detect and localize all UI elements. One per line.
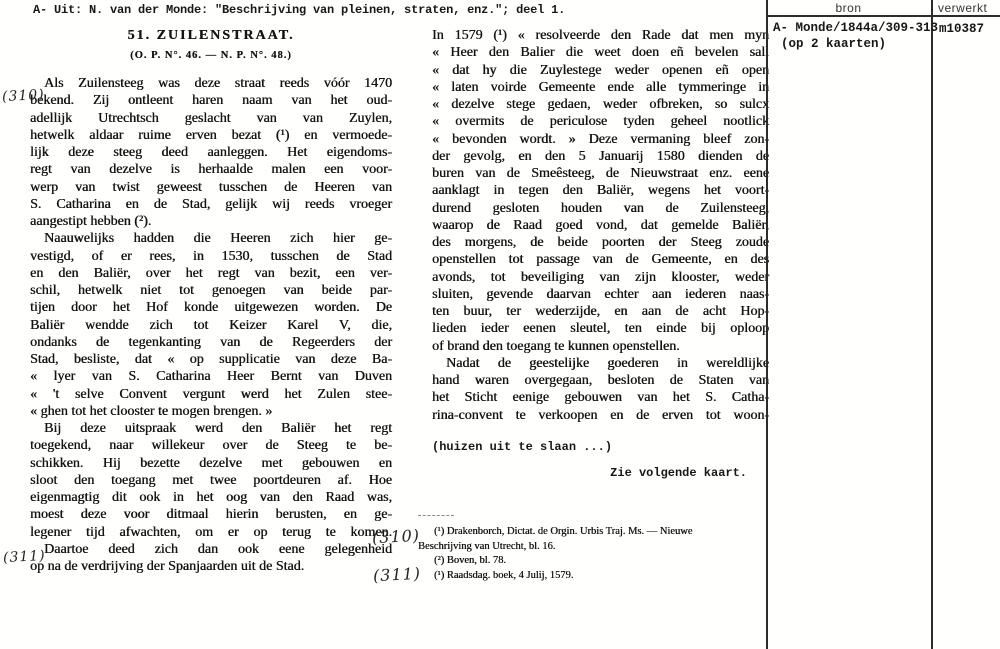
text-line: Bij deze uitspraak werd den Baliër het r… [30, 420, 392, 437]
bron-cards-note: (op 2 kaarten) [781, 37, 886, 51]
text-line: Nadat de geestelijke goederen in wereldl… [432, 355, 769, 372]
text-line: « dezelve stege gedaen, weder ofbreken, … [432, 96, 769, 113]
text-line: Stad, besliste, dat « op supplicatie van… [30, 351, 392, 368]
text-line: Beschrijving van Utrecht, bl. 16. [418, 540, 770, 555]
scanned-document-page: A- Uit: N. van der Monde: "Beschrijving … [0, 0, 1000, 649]
text-line: « lyer van S. Catharina Heer Bernt van D… [30, 368, 392, 385]
text-line: adellijk Utrechtsch geslacht van van Zuy… [30, 110, 392, 127]
see-next-card-note: Zie volgende kaart. [432, 466, 769, 480]
left-text-column: 51. ZUILENSTRAAT. (O. P. N°. 46. — N. P.… [30, 28, 392, 575]
text-line: ondanks de tegenkanting van de Regeerder… [30, 334, 392, 351]
text-line: of brand den toegang te kunnen openstell… [432, 338, 769, 355]
index-table-header-rule [766, 15, 1000, 17]
text-line: moest deze voor ditmaal hierin berusten,… [30, 506, 392, 523]
margin-annotation-page-311: (311) [3, 548, 46, 566]
footnote-annotation-311: (311) [373, 564, 422, 585]
column-header-bron: bron [766, 1, 931, 15]
text-line: hand waren overgegaan, besloten de State… [432, 372, 769, 389]
footnote-annotation-310: (310) [372, 526, 421, 547]
text-line: « Heer den Balier die weet doen eñ bevel… [432, 44, 769, 61]
text-line: eigenmagtig dit ook in het oog van den R… [30, 489, 392, 506]
left-column-text: Als Zuilensteeg was deze straat reeds vó… [30, 75, 392, 575]
text-line: sloot den toegang met twee poortdeuren a… [30, 472, 392, 489]
index-table-column-rule [931, 0, 933, 649]
text-line: durend gesloten houden van de Zuilenstee… [432, 200, 769, 217]
text-line: S. Catharina en de Stad, gelijk wij reed… [30, 196, 392, 213]
footnote-text: (¹) Drakenborch, Dictat. de Orgin. Urbis… [418, 525, 770, 583]
footnote-separator-rule [418, 515, 454, 516]
text-line: rina-convent te verkoopen en de erven to… [432, 407, 769, 424]
text-line: toegekend, naar willekeur over de Steeg … [30, 437, 392, 454]
text-line: tijen door het Hof konde uitgewezen word… [30, 299, 392, 316]
text-line: « laten voirde Gemeente ende alle tymmer… [432, 79, 769, 96]
text-line: der gevolg, en den 5 Januarij 1580 diend… [432, 148, 769, 165]
index-table-left-rule [766, 0, 768, 649]
text-line: In 1579 (¹) « resolveerde den Rade dat m… [432, 27, 769, 44]
text-line: regt van dezelve is herhaalde malen een … [30, 161, 392, 178]
text-line: bekend. Zij ontleent haren naam van het … [30, 92, 392, 109]
text-line: op na de verdrijving der Spanjaarden uit… [30, 558, 392, 575]
text-line: « 't selve Convent vergunt werd het Zule… [30, 386, 392, 403]
article-subtitle: (O. P. N°. 46. — N. P. N°. 48.) [30, 50, 392, 61]
text-line: lijk deze steeg deed aanleggen. Het eige… [30, 144, 392, 161]
text-line: schil, hetwelk niet tot genoegen van bei… [30, 282, 392, 299]
text-line: werp van twist geweest tusschen de Heere… [30, 179, 392, 196]
text-line: hetwelk aldaar ruime erven bezat (¹) en … [30, 127, 392, 144]
text-line: des morgens, de beide poorten der Steeg … [432, 234, 769, 251]
text-line: (¹) Drakenborch, Dictat. de Orgin. Urbis… [418, 525, 770, 540]
right-text-column: In 1579 (¹) « resolveerde den Rade dat m… [432, 27, 769, 480]
text-line: « bevonden wordt. » Deze vermaning bleef… [432, 131, 769, 148]
text-line: waarop de Raad goed vond, dat gemelde Ba… [432, 217, 769, 234]
bron-source-reference: A- Monde/1844a/309-313 [773, 21, 938, 35]
text-line: aanklagt in tegen den Baliër, wegens het… [432, 182, 769, 199]
text-line: buren van de Smeêsteeg, de Nieuwstraat e… [432, 165, 769, 182]
right-column-text: In 1579 (¹) « resolveerde den Rade dat m… [432, 27, 769, 424]
footnotes-block: (¹) Drakenborch, Dictat. de Orgin. Urbis… [418, 515, 770, 583]
verwerkt-card-id: m10387 [939, 22, 984, 36]
text-line: (²) Boven, bl. 78. [418, 554, 770, 569]
article-title: 51. ZUILENSTRAAT. [30, 28, 392, 44]
text-line: « dat hy die Zuylestege weder openen eñ … [432, 62, 769, 79]
text-line: schikken. Hij bezette dezelve met gebouw… [30, 455, 392, 472]
text-line: « overmits de periculose tyden geheel no… [432, 113, 769, 130]
text-line: « ghen tot het clooster te mogen brengen… [30, 403, 392, 420]
text-line: openstellen tot passage van de Gemeente,… [432, 251, 769, 268]
text-line: (¹) Raadsdag. boek, 4 Julij, 1579. [418, 569, 770, 584]
text-line: ten buur, ter wederzijde, en aan de acht… [432, 303, 769, 320]
text-line: sluiten, gevende daarvan echter aan iede… [432, 286, 769, 303]
text-line: Baliër wendde zich tot Keizer Karel V, d… [30, 317, 392, 334]
text-line: Daartoe deed zich dan ook eene gelegenhe… [30, 541, 392, 558]
text-line: Naauwelijks hadden die Heeren zich hier … [30, 230, 392, 247]
text-line: avonds, tot beveiliging van zijn klooste… [432, 269, 769, 286]
text-line: legener tijd afwachten, om er op terug t… [30, 524, 392, 541]
text-line: Als Zuilensteeg was deze straat reeds vó… [30, 75, 392, 92]
text-line: het Sticht eenige gebouwen van het S. Ca… [432, 389, 769, 406]
text-line: en den Baliër, over het regt van bezit, … [30, 265, 392, 282]
text-line: aangestipt hebben (²). [30, 213, 392, 230]
text-line: vestigd, of er rees, in 1530, tusschen d… [30, 248, 392, 265]
source-citation-header: A- Uit: N. van der Monde: "Beschrijving … [33, 3, 673, 17]
column-header-verwerkt: verwerkt [938, 1, 987, 15]
typed-closing-note: (huizen uit te slaan ...) [432, 440, 769, 454]
margin-annotation-page-310: (310) [2, 87, 45, 105]
text-line: lieden ieder eenen sleutel, ten einde bi… [432, 320, 769, 337]
